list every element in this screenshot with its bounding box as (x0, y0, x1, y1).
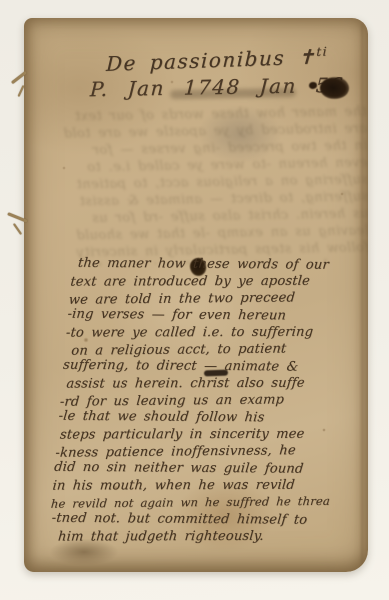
manuscript-line: assist us herein. christ also suffe (66, 374, 368, 392)
manuscript-line: did no sin neither was guile found (53, 459, 368, 479)
heading-title-superscript: ti (316, 44, 328, 58)
heading-title: De passionibus ✝ti (106, 44, 329, 76)
ghost-bleedthrough-text: the maner how these words of our text ar… (57, 103, 368, 266)
manuscript-line: him that judgeth righteously. (57, 527, 368, 545)
cross-symbol-icon: ✝ (298, 45, 317, 70)
manuscript-line: text are introduced by ye apostle (70, 272, 368, 290)
manuscript-page: the maner how these words of our text ar… (24, 18, 368, 572)
manuscript-line: -tned not. but committed himself to (51, 510, 368, 530)
manuscript-line: suffering, to direct — animate & (62, 357, 368, 377)
manuscript-line: the maner how these words of our (77, 255, 368, 275)
body-text: the maner how these words of our text ar… (47, 256, 368, 545)
manuscript-line: -ing verses — for even hereun (67, 306, 368, 326)
manuscript-line: in his mouth, when he was revild (52, 476, 368, 494)
photo-background: the maner how these words of our text ar… (0, 0, 389, 600)
heading-title-text: De passionibus (106, 46, 286, 76)
manuscript-line: -le that we should follow his (58, 408, 368, 428)
manuscript-line: steps particularly in sincerity mee (59, 425, 368, 443)
paper-fiber (13, 223, 22, 235)
manuscript-line: -to were ye called i.e. to suffering (65, 323, 368, 341)
